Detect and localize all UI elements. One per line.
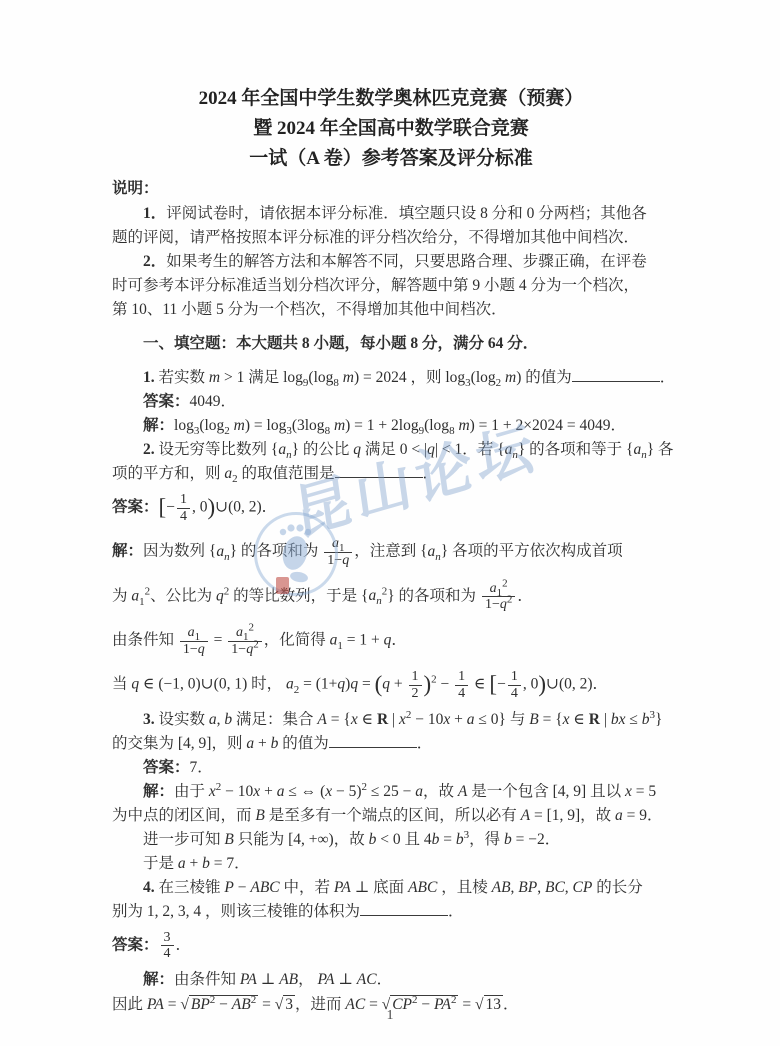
text-line: 为中点的闭区间，而 B 是至多有一个端点的区间，所以必有 A = [1, 9]，…	[112, 804, 670, 828]
text-line: 答案：7．	[112, 756, 670, 780]
text-line: 为 a12、公比为 q2 的等比数列，于是 {an2} 的各项和为 a121−q…	[112, 575, 670, 619]
text-line: 解：log3(log2 m) = log3(3log8 m) = 1 + 2lo…	[112, 414, 670, 438]
notes-label: 说明：	[112, 176, 670, 202]
text-line: 题的评阅，请严格按照本评分标准的评分档次给分，不得增加其他中间档次．	[112, 226, 670, 250]
page-number: 1	[0, 1008, 780, 1024]
text-line: 2. 设无穷等比数列 {an} 的公比 q 满足 0 < |q| < 1．若 {…	[112, 438, 670, 462]
text-line: 3. 设实数 a, b 满足：集合 A = {x ∈ R | x2 − 10x …	[112, 708, 670, 732]
text-line: 进一步可知 B 只能为 [4, +∞)，故 b < 0 且 4b = b3，得 …	[112, 828, 670, 852]
text-line: 解：由条件知 PA ⊥ AB， PA ⊥ AC．	[112, 968, 670, 992]
document-page: 2024 年全国中学生数学奥林匹克竞赛（预赛） 暨 2024 年全国高中数学联合…	[0, 0, 780, 1046]
text-line: 别为 1, 2, 3, 4 ，则该三棱锥的体积为．	[112, 900, 670, 924]
text-line: 项的平方和，则 a2 的取值范围是．	[112, 462, 670, 486]
text-line: 解：因为数列 {an} 的各项和为 a11−q，注意到 {an} 各项的平方依次…	[112, 530, 670, 574]
text-line: 答案：34．	[112, 924, 670, 968]
text-line: 于是 a + b = 7．	[112, 852, 670, 876]
text-line: 1．评阅试卷时，请依据本评分标准．填空题只设 8 分和 0 分两档；其他各	[112, 202, 670, 226]
text-line: 的交集为 [4, 9]，则 a + b 的值为．	[112, 732, 670, 756]
body-lines: 1．评阅试卷时，请依据本评分标准．填空题只设 8 分和 0 分两档；其他各题的评…	[112, 202, 670, 1019]
title-line-3: 一试（A 卷）参考答案及评分标准	[112, 144, 670, 174]
text-line: 4. 在三棱锥 P − ABC 中，若 PA ⊥ 底面 ABC ，且棱 AB, …	[112, 876, 670, 900]
title-line-1: 2024 年全国中学生数学奥林匹克竞赛（预赛）	[112, 84, 670, 114]
text-line: 一、填空题：本大题共 8 小题，每小题 8 分，满分 64 分．	[112, 332, 670, 356]
title-line-2: 暨 2024 年全国高中数学联合竞赛	[112, 114, 670, 144]
text-line: 时可参考本评分标准适当划分档次评分，解答题中第 9 小题 4 分为一个档次，	[112, 274, 670, 298]
text-line: 2．如果考生的解答方法和本解答不同，只要思路合理、步骤正确，在评卷	[112, 250, 670, 274]
text-line: 第 10、11 小题 5 分为一个档次，不得增加其他中间档次．	[112, 298, 670, 322]
text-line: 答案：[−14, 0)∪(0, 2)．	[112, 486, 670, 530]
text-line: 答案：4049．	[112, 390, 670, 414]
text-line: 1. 若实数 m > 1 满足 log9(log8 m) = 2024 ，则 l…	[112, 366, 670, 390]
text-line: 由条件知 a11−q = a121−q2，化简得 a1 = 1 + q．	[112, 619, 670, 663]
text-line: 当 q ∈ (−1, 0)∪(0, 1) 时， a2 = (1+q)q = (q…	[112, 663, 670, 707]
text-line: 解：由于 x2 − 10x + a ≤ ⇔ (x − 5)2 ≤ 25 − a，…	[112, 780, 670, 804]
document-content: 2024 年全国中学生数学奥林匹克竞赛（预赛） 暨 2024 年全国高中数学联合…	[112, 84, 670, 1019]
